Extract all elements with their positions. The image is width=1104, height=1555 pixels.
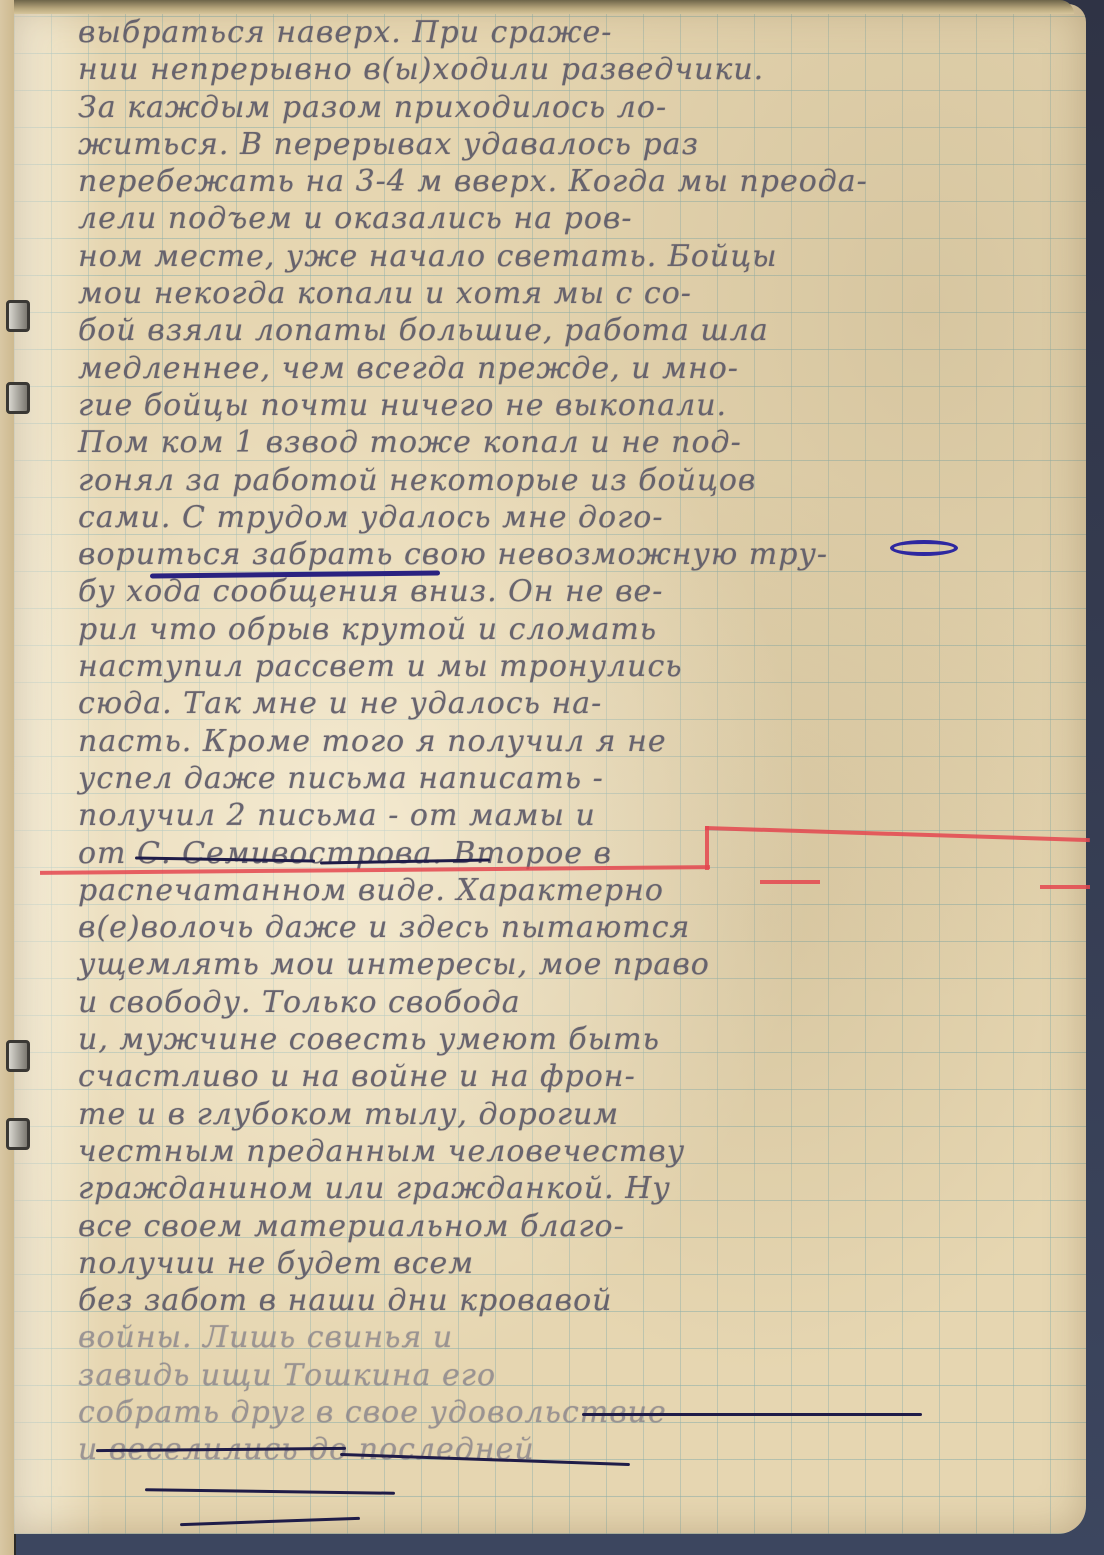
text-line: За каждым разом приходилось ло-	[78, 89, 1078, 126]
handwritten-text: выбраться наверх. При сраже- нии непреры…	[78, 14, 1078, 1469]
text-line: ном месте, уже начало светать. Бойцы	[78, 238, 1078, 275]
text-line: Пом ком 1 взвод тоже копал и не под-	[78, 424, 1078, 461]
text-line: от С. Семивострова. Второе в	[78, 835, 1078, 872]
text-line: сюда. Так мне и не удалось на-	[78, 685, 1078, 722]
text-line: гонял за работой некоторые из бойцов	[78, 462, 1078, 499]
text-line: и, мужчине совесть умеют быть	[78, 1021, 1078, 1058]
text-line: без забот в наши дни кровавой	[78, 1282, 1078, 1319]
text-line: лели подъем и оказались на ров-	[78, 200, 1078, 237]
text-line: мои некогда копали и хотя мы с со-	[78, 275, 1078, 312]
binding-staple-icon	[6, 300, 30, 332]
text-line: в(е)волочь даже и здесь пытаются	[78, 909, 1078, 946]
text-line: пасть. Кроме того я получил я не	[78, 723, 1078, 760]
text-line: вориться забрать свою невозможную тру-	[78, 536, 1078, 573]
text-line: завидь ищи Тошкина его	[78, 1357, 1078, 1394]
text-line: и свободу. Только свобода	[78, 984, 1078, 1021]
text-line: успел даже письма написать -	[78, 760, 1078, 797]
text-line: получии не будет всем	[78, 1245, 1078, 1282]
text-line: выбраться наверх. При сраже-	[78, 14, 1078, 51]
text-line: честным преданным человечеству	[78, 1133, 1078, 1170]
text-line: наступил рассвет и мы тронулись	[78, 648, 1078, 685]
page-stack-edge	[14, 0, 1074, 14]
text-line: рил что обрыв крутой и сломать	[78, 611, 1078, 648]
text-line: собрать друг в свое удовольствие	[78, 1394, 1078, 1431]
binding-staple-icon	[6, 1118, 30, 1150]
text-line: те и в глубоком тылу, дорогим	[78, 1096, 1078, 1133]
binding-staple-icon	[6, 382, 30, 414]
text-line: нии непрерывно в(ы)ходили разведчики.	[78, 51, 1078, 88]
text-line: получил 2 письма - от мамы и	[78, 797, 1078, 834]
text-line: перебежать на 3-4 м вверх. Когда мы прео…	[78, 163, 1078, 200]
text-line: все своем материальном благо-	[78, 1208, 1078, 1245]
text-line: счастливо и на войне и на фрон-	[78, 1058, 1078, 1095]
text-line: бой взяли лопаты большие, работа шла	[78, 312, 1078, 349]
text-line: распечатанном виде. Характерно	[78, 872, 1078, 909]
text-line: сами. С трудом удалось мне дого-	[78, 499, 1078, 536]
text-line: гражданином или гражданкой. Ну	[78, 1170, 1078, 1207]
text-line: медленнее, чем всегда прежде, и мно-	[78, 350, 1078, 387]
text-line: ущемлять мои интересы, мое право	[78, 946, 1078, 983]
text-line: войны. Лишь свинья и	[78, 1319, 1078, 1356]
text-line: бу хода сообщения вниз. Он не ве-	[78, 573, 1078, 610]
text-line: и веселились до последней	[78, 1431, 1078, 1468]
text-line: гие бойцы почти ничего не выкопали.	[78, 387, 1078, 424]
binding-staple-icon	[6, 1040, 30, 1072]
text-line: житься. В перерывах удавалось раз	[78, 126, 1078, 163]
